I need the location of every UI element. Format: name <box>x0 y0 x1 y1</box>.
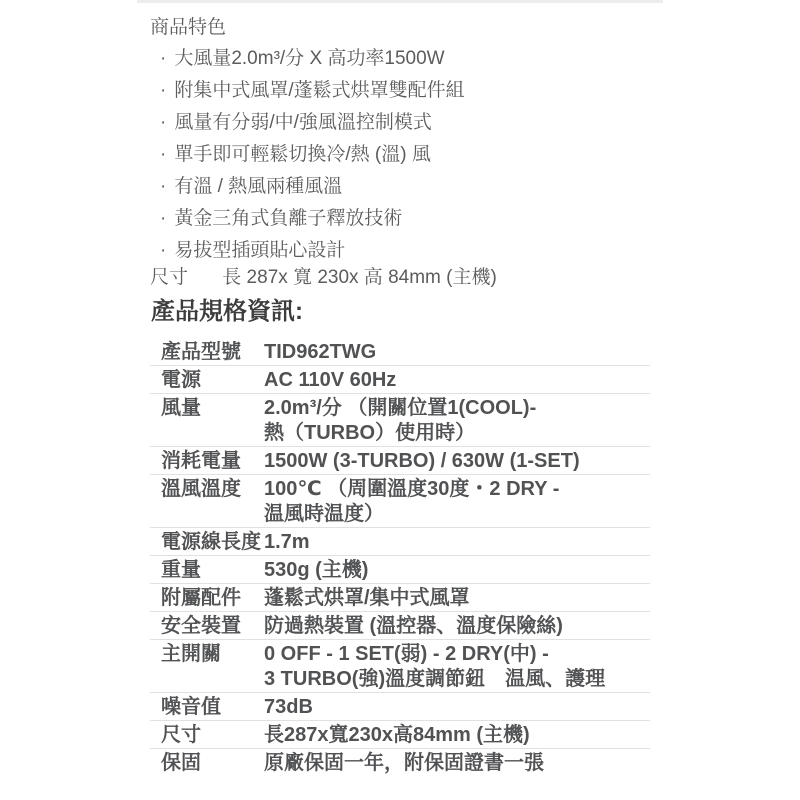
spec-label: 電源 <box>150 368 264 393</box>
feature-text: 大風量2.0m³/分 X 高功率1500W <box>174 43 444 75</box>
spec-row-weight: 重量 530g (主機) <box>150 556 650 584</box>
spec-value: 原廠保固一年，附保固證書一張 <box>264 751 650 776</box>
spec-row-cord-length: 電源線長度 1.7m <box>150 528 650 556</box>
feature-text: 單手即可輕鬆切換冷/熱 (溫) 風 <box>174 139 431 171</box>
feature-text: 風量有分弱/中/強風溫控制模式 <box>174 107 432 139</box>
spec-value: 防過熱裝置 (溫控器、溫度保險絲) <box>264 614 650 639</box>
spec-heading: 產品規格資訊: <box>151 293 303 331</box>
spec-table: 產品型號 TID962TWG 電源 AC 110V 60Hz 風量 2.0m³/… <box>150 338 650 776</box>
spec-value: TID962TWG <box>264 340 650 365</box>
spec-value-line2: 熱（TURBO）使用時） <box>264 421 650 446</box>
spec-row-consumption: 消耗電量 1500W (3-TURBO) / 630W (1-SET) <box>150 447 650 475</box>
feature-item: · 有溫 / 熱風兩種風溫 <box>150 171 670 203</box>
spec-row-airflow: 風量 2.0m³/分 （開關位置1(COOL)- 熱（TURBO）使用時） <box>150 394 650 447</box>
bullet-dot: · <box>160 139 166 171</box>
dimensions-value: 長 287x 寬 230x 高 84mm (主機) <box>222 267 497 288</box>
spec-row-safety: 安全裝置 防過熱裝置 (溫控器、溫度保險絲) <box>150 612 650 640</box>
feature-item: · 單手即可輕鬆切換冷/熱 (溫) 風 <box>150 139 670 171</box>
bullet-dot: · <box>160 107 166 139</box>
feature-item: · 黃金三角式負離子釋放技術 <box>150 203 670 235</box>
spec-label: 尺寸 <box>150 723 264 748</box>
spec-value: 73dB <box>264 695 650 720</box>
spec-value: 1500W (3-TURBO) / 630W (1-SET) <box>264 449 650 474</box>
spec-row-power: 電源 AC 110V 60Hz <box>150 366 650 394</box>
spec-value: 長287x寬230x高84mm (主機) <box>264 723 650 748</box>
spec-row-warranty: 保固 原廠保固一年，附保固證書一張 <box>150 749 650 776</box>
bullet-dot: · <box>160 203 166 235</box>
spec-label: 重量 <box>150 558 264 583</box>
spec-row-accessories: 附屬配件 蓬鬆式烘罩/集中式風罩 <box>150 584 650 612</box>
spec-value: 2.0m³/分 （開關位置1(COOL)- <box>264 396 650 421</box>
bullet-dot: · <box>160 75 166 107</box>
dimensions-label: 尺寸 <box>150 262 217 294</box>
bullet-dot: · <box>160 171 166 203</box>
spec-value: 100℃ （周圍溫度30度・2 DRY - <box>264 477 650 502</box>
spec-value: 1.7m <box>264 530 650 555</box>
feature-text: 黃金三角式負離子釋放技術 <box>174 203 402 235</box>
spec-label: 消耗電量 <box>150 449 264 474</box>
spec-label: 附屬配件 <box>150 586 264 611</box>
spec-value: 蓬鬆式烘罩/集中式風罩 <box>264 586 650 611</box>
feature-item: · 附集中式風罩/蓬鬆式烘罩雙配件組 <box>150 75 670 107</box>
feature-item: · 風量有分弱/中/強風溫控制模式 <box>150 107 670 139</box>
image-bottom-edge <box>137 0 663 3</box>
features-section: 商品特色 · 大風量2.0m³/分 X 高功率1500W · 附集中式風罩/蓬鬆… <box>150 13 670 267</box>
spec-value: 530g (主機) <box>264 558 650 583</box>
spec-label: 噪音值 <box>150 695 264 720</box>
spec-label: 產品型號 <box>150 340 264 365</box>
bullet-dot: · <box>160 43 166 75</box>
feature-text: 附集中式風罩/蓬鬆式烘罩雙配件組 <box>174 75 464 107</box>
spec-row-noise: 噪音值 73dB <box>150 693 650 721</box>
spec-value-line2: 3 TURBO(強)溫度調節鈕 温風、護理 <box>264 667 650 692</box>
spec-value: 0 OFF - 1 SET(弱) - 2 DRY(中) - <box>264 642 650 667</box>
spec-row-size: 尺寸 長287x寬230x高84mm (主機) <box>150 721 650 749</box>
spec-row-model: 產品型號 TID962TWG <box>150 338 650 366</box>
feature-text: 有溫 / 熱風兩種風溫 <box>174 171 342 203</box>
dimensions-line: 尺寸 長 287x 寬 230x 高 84mm (主機) <box>150 262 497 294</box>
spec-label: 保固 <box>150 751 264 776</box>
spec-value-line2: 温風時温度） <box>264 502 650 527</box>
spec-label: 安全裝置 <box>150 614 264 639</box>
spec-label: 溫風溫度 <box>150 477 264 527</box>
spec-row-main-switch: 主開關 0 OFF - 1 SET(弱) - 2 DRY(中) - 3 TURB… <box>150 640 650 693</box>
spec-label: 電源線長度 <box>150 530 264 555</box>
features-title: 商品特色 <box>150 13 670 43</box>
spec-row-warm-air-temp: 溫風溫度 100℃ （周圍溫度30度・2 DRY - 温風時温度） <box>150 475 650 528</box>
spec-label: 主開關 <box>150 642 264 692</box>
spec-label: 風量 <box>150 396 264 446</box>
spec-value: AC 110V 60Hz <box>264 368 650 393</box>
feature-item: · 大風量2.0m³/分 X 高功率1500W <box>150 43 670 75</box>
